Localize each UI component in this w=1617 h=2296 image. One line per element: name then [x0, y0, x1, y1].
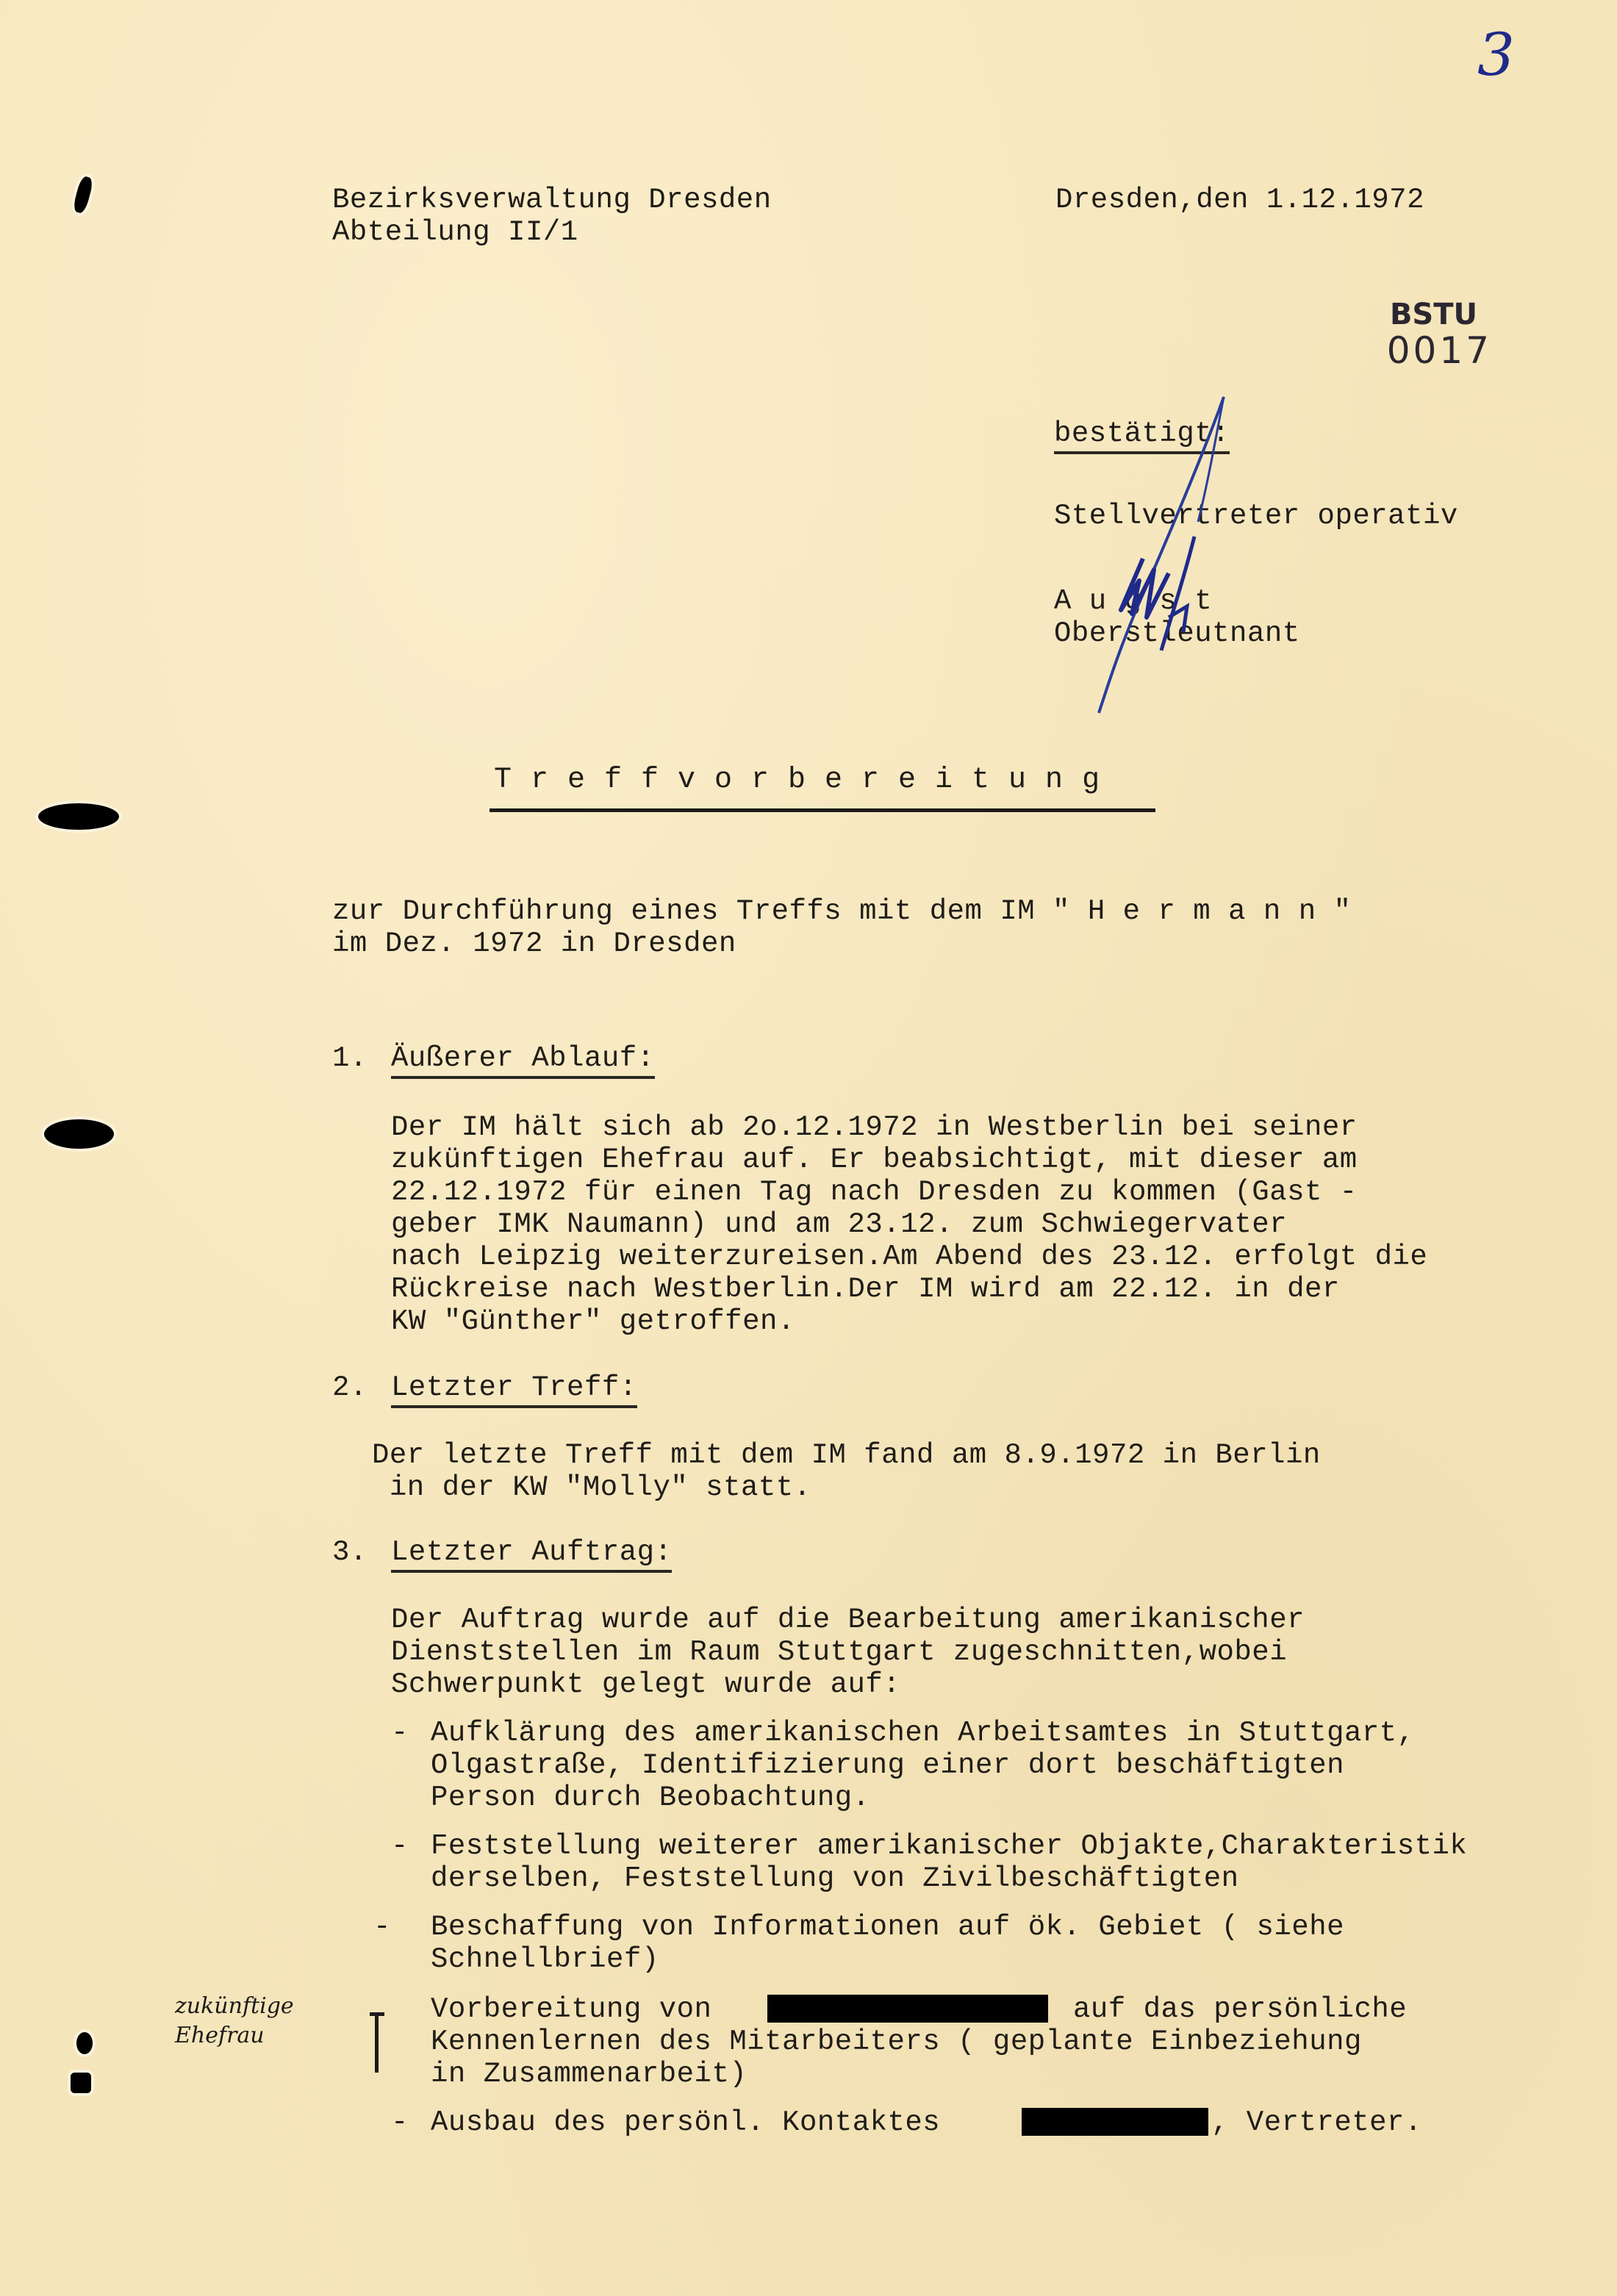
bullet-4-text: Kennenlernen des Mitarbeiters ( geplante… — [431, 2026, 1362, 2058]
bullet-5-text: Ausbau des persönl. Kontaktes — [431, 2106, 940, 2139]
place-date: Dresden,den 1.12.1972 — [1055, 184, 1424, 216]
bullet-1-text: Olgastraße, Identifizierung einer dort b… — [431, 1749, 1344, 1782]
redaction-box — [767, 1995, 1048, 2023]
bullet-5-text: , Vertreter. — [1211, 2106, 1422, 2139]
document-title: Treffvorbereitung — [494, 764, 1119, 797]
archive-stamp-label: BSTU — [1360, 298, 1492, 331]
section-3-text: Schwerpunkt gelegt wurde auf: — [391, 1668, 900, 1701]
section-1-text: Rückreise nach Westberlin.Der IM wird am… — [391, 1273, 1340, 1305]
bullet-1-text: Aufklärung des amerikanischen Arbeitsamt… — [431, 1717, 1415, 1749]
punch-hole-bottom-b — [71, 2073, 91, 2093]
margin-bracket-mark — [375, 2014, 379, 2073]
section-1-text: zukünftigen Ehefrau auf. Er beabsichtigt… — [391, 1144, 1358, 1176]
section-1-text: Der IM hält sich ab 2o.12.1972 in Westbe… — [391, 1111, 1358, 1144]
section-2-number: 2. — [332, 1371, 367, 1404]
redaction-box — [1022, 2108, 1208, 2136]
section-1-text: geber IMK Naumann) und am 23.12. zum Sch… — [391, 1208, 1287, 1241]
section-2-heading: Letzter Treff: — [391, 1371, 637, 1408]
subtitle-line-1: zur Durchführung eines Treffs mit dem IM… — [332, 895, 1351, 928]
sender-line-2: Abteilung II/1 — [332, 216, 578, 248]
section-1-text: 22.12.1972 für einen Tag nach Dresden zu… — [391, 1176, 1358, 1208]
section-1-text: KW "Günther" getroffen. — [391, 1305, 795, 1338]
bullet-dash: - — [391, 2106, 409, 2139]
bullet-3-text: Beschaffung von Informationen auf ök. Ge… — [431, 1911, 1344, 1943]
section-1-text: nach Leipzig weiterzureisen.Am Abend des… — [391, 1241, 1427, 1273]
bullet-2-text: derselben, Feststellung von Zivilbeschäf… — [431, 1862, 1239, 1895]
punch-hole-upper — [38, 803, 119, 830]
page-number-handwritten: 3 — [1477, 22, 1515, 88]
margin-bracket-top — [370, 2012, 384, 2016]
archive-stamp: BSTU 0017 — [1360, 298, 1492, 370]
bullet-dash: - — [391, 1717, 409, 1749]
bullet-4-text: auf das persönliche — [1073, 1993, 1407, 2026]
section-1-heading: Äußerer Ablauf: — [391, 1042, 655, 1079]
section-1-number: 1. — [332, 1042, 367, 1075]
punch-hole-lower — [44, 1119, 114, 1149]
title-underline — [490, 808, 1155, 812]
sender-line-1: Bezirksverwaltung Dresden — [332, 184, 772, 216]
section-3-heading: Letzter Auftrag: — [391, 1536, 672, 1573]
bullet-3-text: Schnellbrief) — [431, 1943, 659, 1976]
bullet-4-text: in Zusammenarbeit) — [431, 2058, 747, 2090]
bullet-2-text: Feststellung weiterer amerikanischer Obj… — [431, 1830, 1467, 1862]
section-3-number: 3. — [332, 1536, 367, 1568]
section-3-text: Dienststellen im Raum Stuttgart zugeschn… — [391, 1636, 1287, 1668]
bullet-1-text: Person durch Beobachtung. — [431, 1782, 870, 1814]
section-2-text: in der KW "Molly" statt. — [372, 1471, 811, 1504]
punch-hole-bottom-a — [76, 2032, 93, 2054]
section-3-text: Der Auftrag wurde auf die Bearbeitung am… — [391, 1604, 1305, 1636]
archive-stamp-number: 0017 — [1360, 331, 1492, 370]
subtitle-line-2: im Dez. 1972 in Dresden — [332, 928, 736, 960]
signature — [1058, 390, 1264, 720]
bullet-dash: - — [391, 1830, 409, 1862]
margin-note-handwritten: zukünftige Ehefrau — [175, 1992, 294, 2051]
bullet-4-text: Vorbereitung von — [431, 1993, 711, 2026]
section-2-text: Der letzte Treff mit dem IM fand am 8.9.… — [372, 1439, 1321, 1471]
bullet-dash: - — [373, 1911, 391, 1943]
